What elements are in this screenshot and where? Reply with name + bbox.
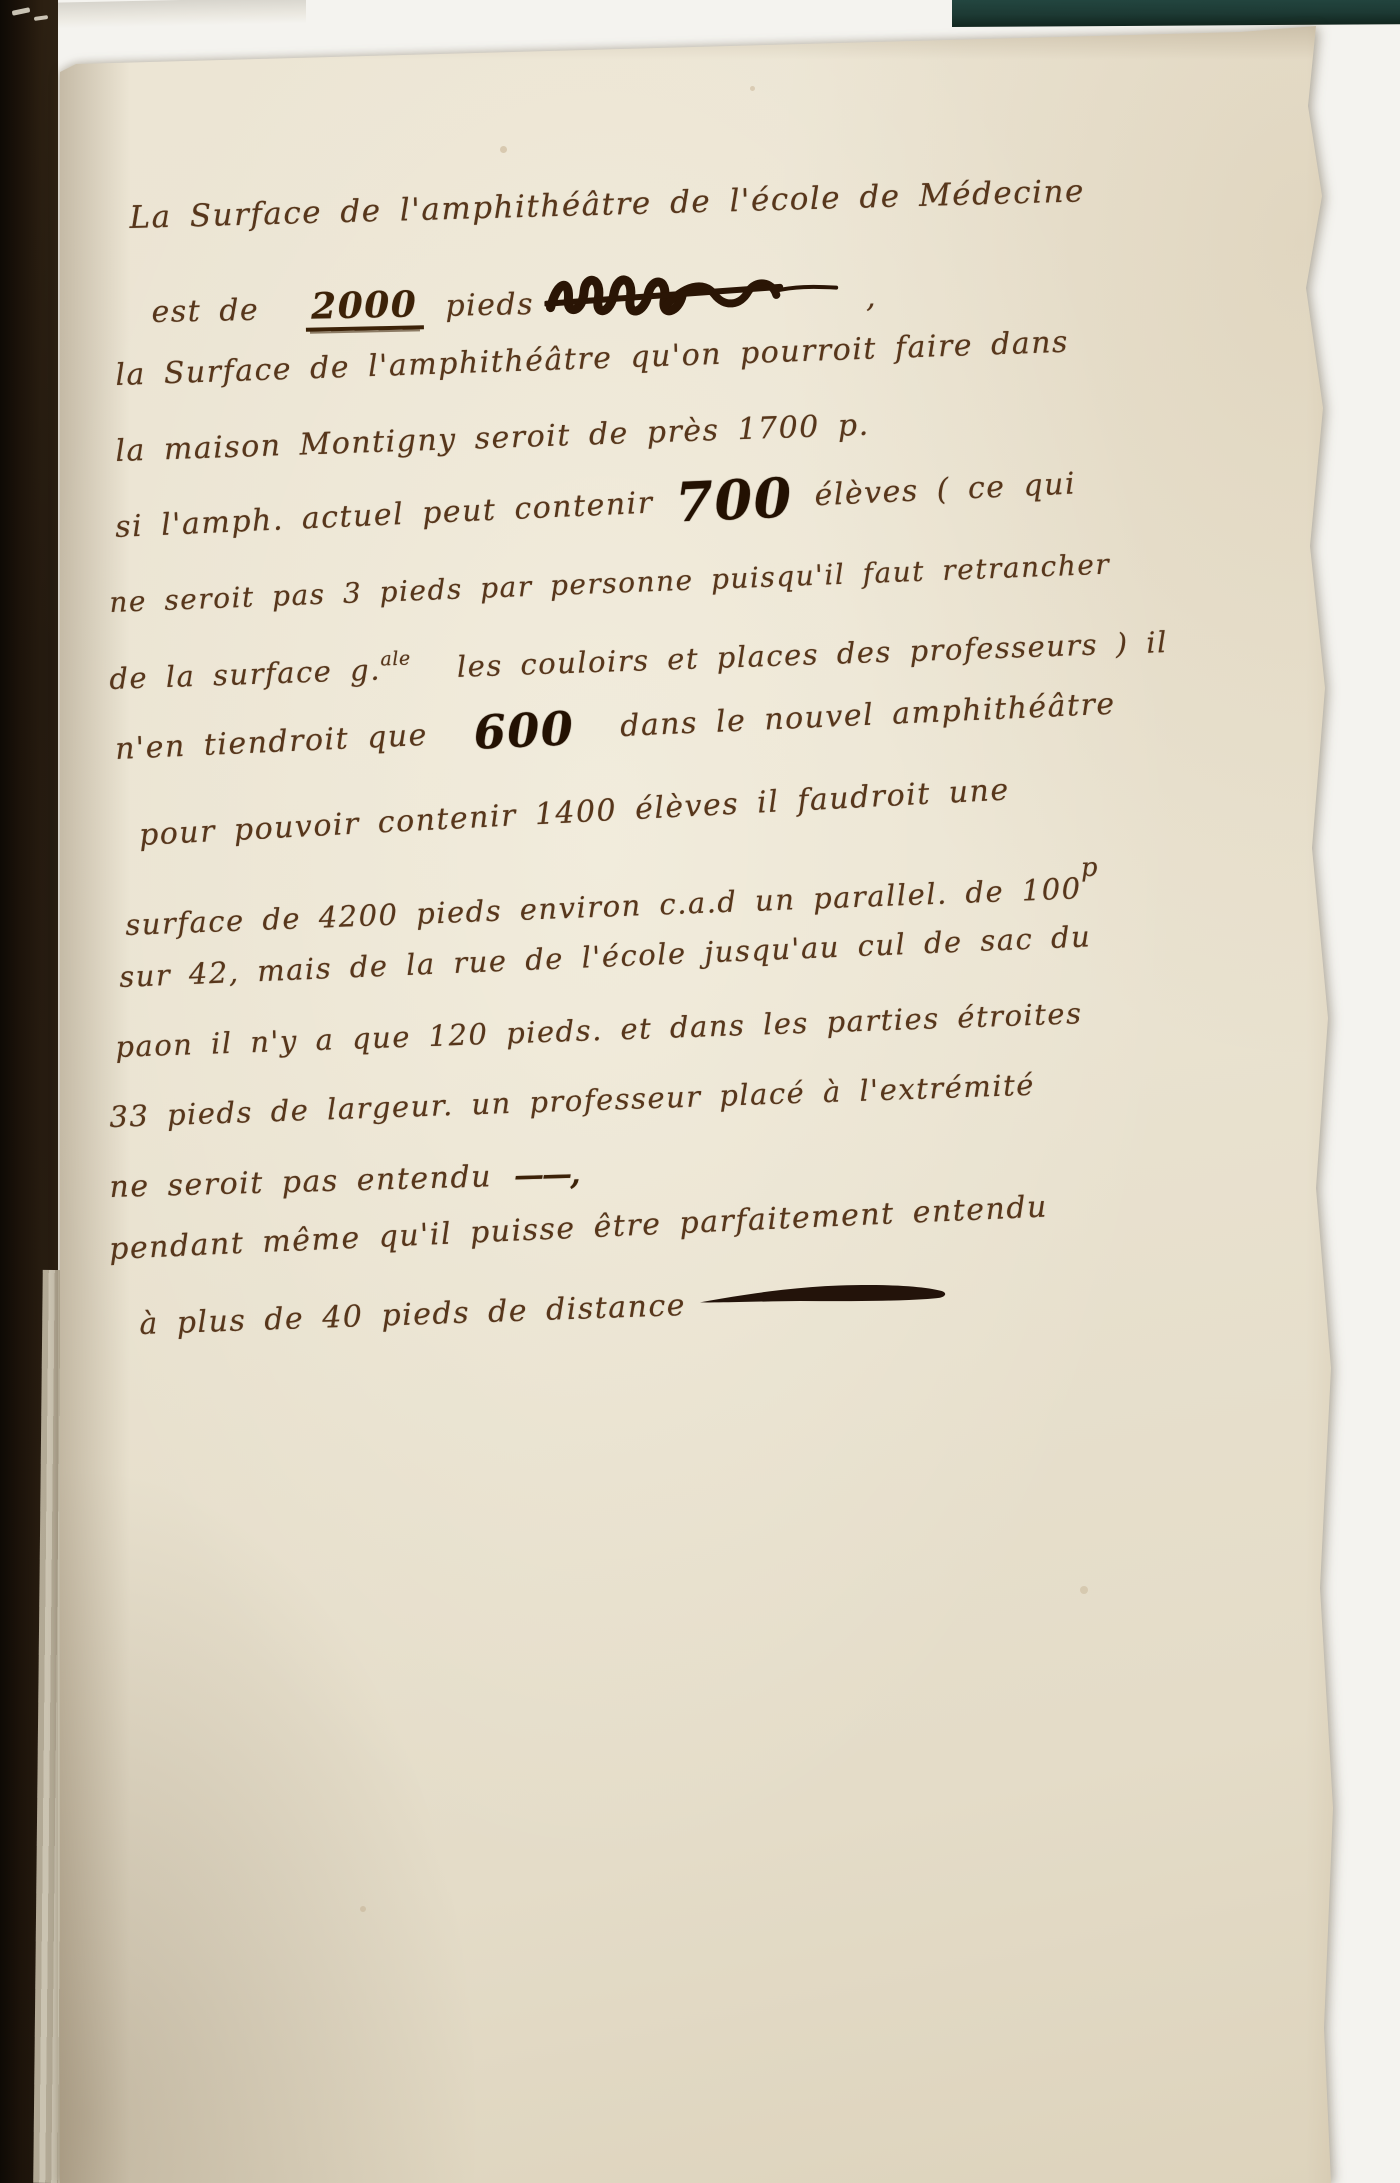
spacer — [654, 512, 676, 513]
superscript-pieds: p — [1080, 853, 1098, 884]
line-text: la Surface de l'amphithéâtre qu'on pourr… — [115, 325, 1070, 393]
book-cover-band — [952, 0, 1400, 27]
spacer — [428, 743, 474, 745]
line-text: ne seroit pas entendu — [109, 1159, 492, 1205]
line-text: ne seroit pas 3 pieds par personne puisq… — [109, 548, 1111, 619]
spacer — [793, 505, 815, 506]
manuscript-line: la Surface de l'amphithéâtre qu'on pourr… — [115, 325, 1070, 393]
line-text: pour pouvoir contenir 1400 élèves il fau… — [138, 772, 1010, 853]
binding-stitch — [34, 15, 48, 21]
trailing-dash: ——, — [513, 1157, 578, 1194]
spacer — [575, 736, 621, 738]
superscript-abbreviation: ale — [380, 647, 411, 670]
line-text: à plus de 40 pieds de distance — [139, 1288, 687, 1342]
underlined-number-2000: 2000 — [305, 283, 424, 331]
manuscript-line: à plus de 40 pieds de distance — [139, 1278, 951, 1342]
crossed-out-word-scribble — [543, 264, 844, 326]
manuscript-line: paon il n'y a que 120 pieds. et dans les… — [115, 996, 1083, 1064]
ink-flourish-dash — [699, 1278, 950, 1313]
line-text: élèves ( ce qui — [814, 466, 1077, 513]
line-text: 33 pieds de largeur. un professeur placé… — [109, 1068, 1036, 1134]
manuscript-line: si l'amph. actuel peut contenir700élèves… — [114, 466, 1076, 545]
bold-number-600: 600 — [473, 701, 576, 760]
manuscript-page-wrap: La Surface de l'amphithéâtre de l'école … — [60, 26, 1352, 2183]
line-text: La Surface de l'amphithéâtre de l'école … — [129, 173, 1085, 236]
manuscript-line: ne seroit pas 3 pieds par personne puisq… — [109, 548, 1111, 619]
spacer — [411, 677, 457, 679]
line-text: la maison Montigny seroit de près 1700 p… — [115, 408, 870, 469]
line-text: si l'amph. actuel peut contenir — [114, 486, 654, 545]
manuscript-line: ne seroit pas entendu——, — [109, 1157, 579, 1205]
manuscript-line: 33 pieds de largeur. un professeur placé… — [109, 1068, 1036, 1134]
line-text: dans le nouvel amphithéâtre — [619, 687, 1116, 744]
book-head-page-edges — [56, 0, 306, 29]
handwriting-layer: La Surface de l'amphithéâtre de l'école … — [60, 26, 1352, 2183]
manuscript-line: est de2000pieds , — [151, 263, 878, 334]
manuscript-line: n'en tiendroit que600dans le nouvel amph… — [114, 687, 1116, 767]
manuscript-page: La Surface de l'amphithéâtre de l'école … — [60, 26, 1352, 2183]
line-text: est de — [151, 293, 259, 330]
line-text: n'en tiendroit que — [114, 718, 428, 767]
bold-number-700: 700 — [674, 465, 794, 534]
line-text: pieds — [445, 287, 534, 324]
line-text: , — [866, 280, 878, 315]
spacer — [259, 319, 305, 320]
manuscript-line: de la surface g.aleles couloirs et place… — [109, 621, 1169, 696]
line-text: les couloirs et places des professeurs )… — [456, 625, 1168, 684]
manuscript-line: La Surface de l'amphithéâtre de l'école … — [129, 173, 1085, 236]
manuscript-line: la maison Montigny seroit de près 1700 p… — [115, 408, 870, 469]
binding-stitch — [12, 7, 31, 16]
manuscript-line: pour pouvoir contenir 1400 élèves il fau… — [138, 772, 1010, 853]
line-text: paon il n'y a que 120 pieds. et dans les… — [115, 996, 1083, 1064]
line-text: de la surface g. — [109, 653, 382, 696]
spacer — [492, 1186, 514, 1187]
